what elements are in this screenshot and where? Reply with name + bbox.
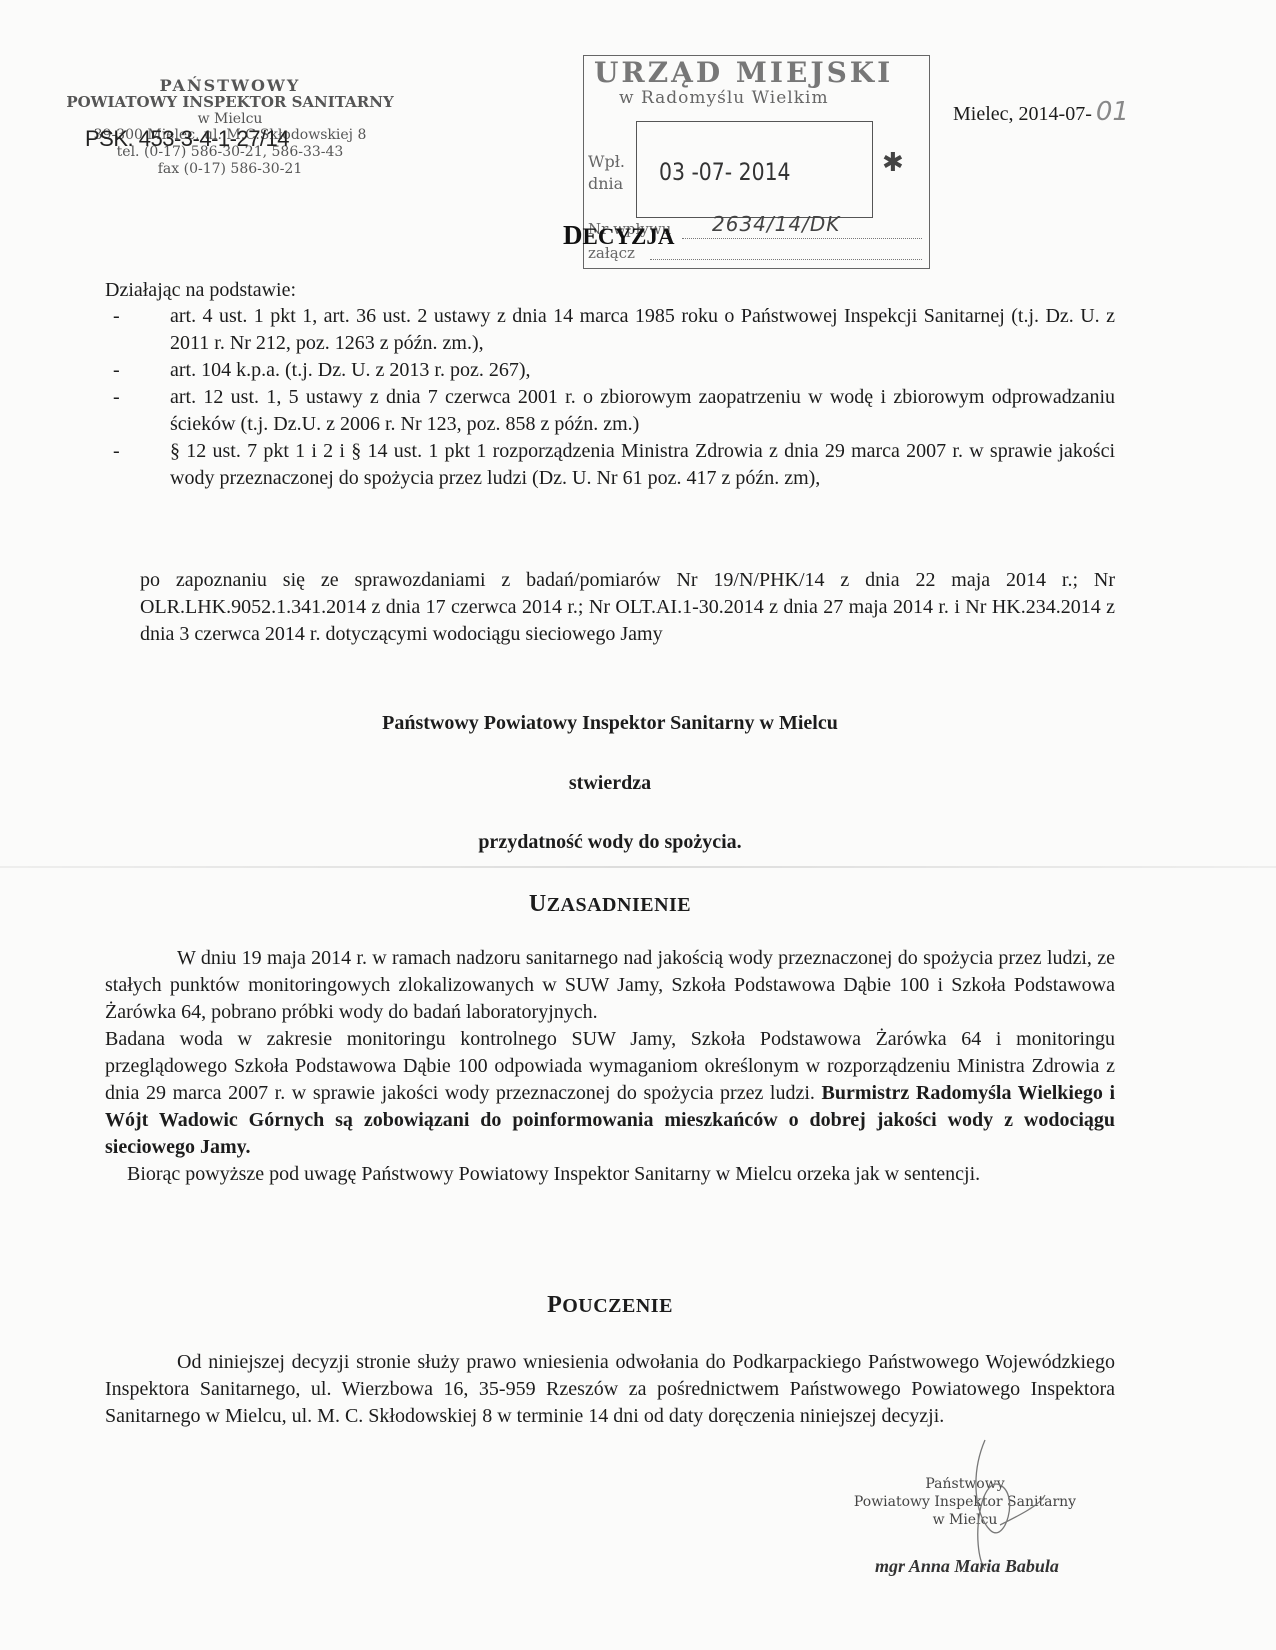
- heading-initial: P: [547, 1292, 562, 1318]
- legal-basis-item: § 12 ust. 7 pkt 1 i 2 i § 14 ust. 1 pkt …: [105, 438, 1115, 492]
- justification-paragraph: Badana woda w zakresie monitoringu kontr…: [105, 1026, 1115, 1161]
- stamp-office: URZĄD MIEJSKI: [594, 56, 893, 89]
- justification-heading: UZASADNIENIE: [105, 891, 1115, 918]
- instruction-heading: POUCZENIE: [105, 1292, 1115, 1319]
- handwritten-signature-icon: [930, 1435, 1060, 1575]
- paper-fold-line: [0, 866, 1276, 868]
- legal-basis-item: art. 104 k.p.a. (t.j. Dz. U. z 2013 r. p…: [105, 357, 1115, 384]
- received-date-box: 03 -07- 2014: [636, 121, 873, 218]
- signatory-name: mgr Anna Maria Babula: [875, 1556, 1059, 1577]
- entry-number-handwritten: 2634/14/DK: [712, 212, 840, 236]
- received-date: 03 -07- 2014: [659, 158, 791, 186]
- legal-basis-list: art. 4 ust. 1 pkt 1, art. 36 ust. 2 usta…: [105, 303, 1115, 492]
- stamp-received-label: Wpł. dnia: [588, 151, 625, 195]
- ruling-verb: stwierdza: [105, 772, 1115, 795]
- ruling-authority: Państwowy Powiatowy Inspektor Sanitarny …: [105, 712, 1115, 735]
- heading-initial: U: [529, 891, 547, 917]
- justification-paragraph: Biorąc powyższe pod uwagę Państwowy Powi…: [105, 1161, 1115, 1188]
- received-label-line: Wpł.: [588, 151, 625, 173]
- place-date-text: Mielec, 2014-07-: [953, 103, 1092, 125]
- justification-body: W dniu 19 maja 2014 r. w ramach nadzoru …: [105, 945, 1115, 1188]
- reference-number: PSK. 453-3-4-1-27/14: [85, 126, 289, 152]
- handwritten-day: 01: [1096, 97, 1129, 127]
- instruction-paragraph: Od niniejszej decyzji stronie służy praw…: [105, 1349, 1115, 1430]
- title-rest: ECYZJA: [583, 224, 675, 249]
- entry-number-dotted-line: [682, 238, 922, 239]
- legal-basis-intro: Działając na podstawie:: [105, 277, 296, 304]
- heading-rest: OUCZENIE: [562, 1295, 673, 1317]
- legal-basis-item: art. 12 ust. 1, 5 ustawy z dnia 7 czerwc…: [105, 384, 1115, 438]
- justification-paragraph: W dniu 19 maja 2014 r. w ramach nadzoru …: [105, 945, 1115, 1026]
- ruling-decision: przydatność wody do spożycia.: [105, 831, 1115, 854]
- heading-rest: ZASADNIENIE: [547, 894, 691, 916]
- letterhead-line: PAŃSTWOWY: [40, 78, 420, 94]
- letterhead-fax: fax (0-17) 586-30-21: [40, 161, 420, 178]
- star-icon: ✱: [882, 148, 904, 178]
- stamp-location: w Radomyślu Wielkim: [619, 88, 829, 108]
- attachments-dotted-line: [650, 259, 922, 260]
- letterhead-line: POWIATOWY INSPEKTOR SANITARNY: [40, 94, 420, 111]
- place-and-date: Mielec, 2014-07-01: [953, 97, 1129, 127]
- reports-paragraph: po zapoznaniu się ze sprawozdaniami z ba…: [140, 567, 1115, 648]
- legal-basis-item: art. 4 ust. 1 pkt 1, art. 36 ust. 2 usta…: [105, 303, 1115, 357]
- title-initial: D: [563, 220, 583, 250]
- received-label-line: dnia: [588, 173, 625, 195]
- letterhead-line: w Mielcu: [40, 111, 420, 127]
- document-title: DECYZJA: [563, 220, 675, 251]
